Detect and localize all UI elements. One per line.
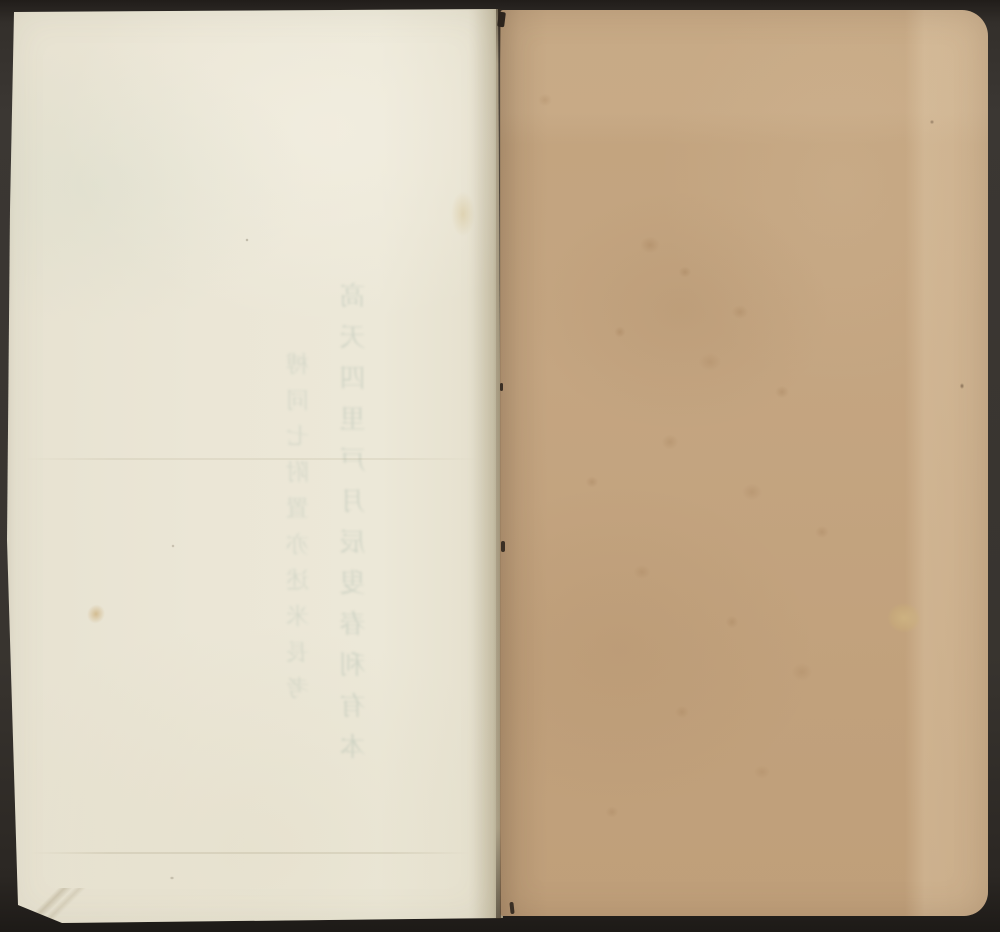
stain-spot — [82, 600, 109, 628]
left-page-verso: 高天四里戸月辰叟春利有本 榑同七附置亦述米長考 — [0, 0, 504, 932]
binding-stitch — [500, 383, 503, 391]
water-stain — [886, 602, 922, 634]
binding-stitch — [501, 541, 505, 552]
book-gutter — [496, 9, 501, 919]
bleedthrough-text-column: 高天四里戸月辰叟春利有本 — [336, 282, 373, 802]
bleedthrough-text-column: 榑同七附置亦述米長考 — [283, 352, 316, 802]
book-scan: 高天四里戸月辰叟春利有本 榑同七附置亦述米長考 — [0, 0, 1000, 932]
right-page-cover — [500, 10, 988, 916]
page-crease — [30, 852, 470, 854]
corner-fold — [16, 888, 90, 924]
page-crease — [22, 458, 480, 460]
